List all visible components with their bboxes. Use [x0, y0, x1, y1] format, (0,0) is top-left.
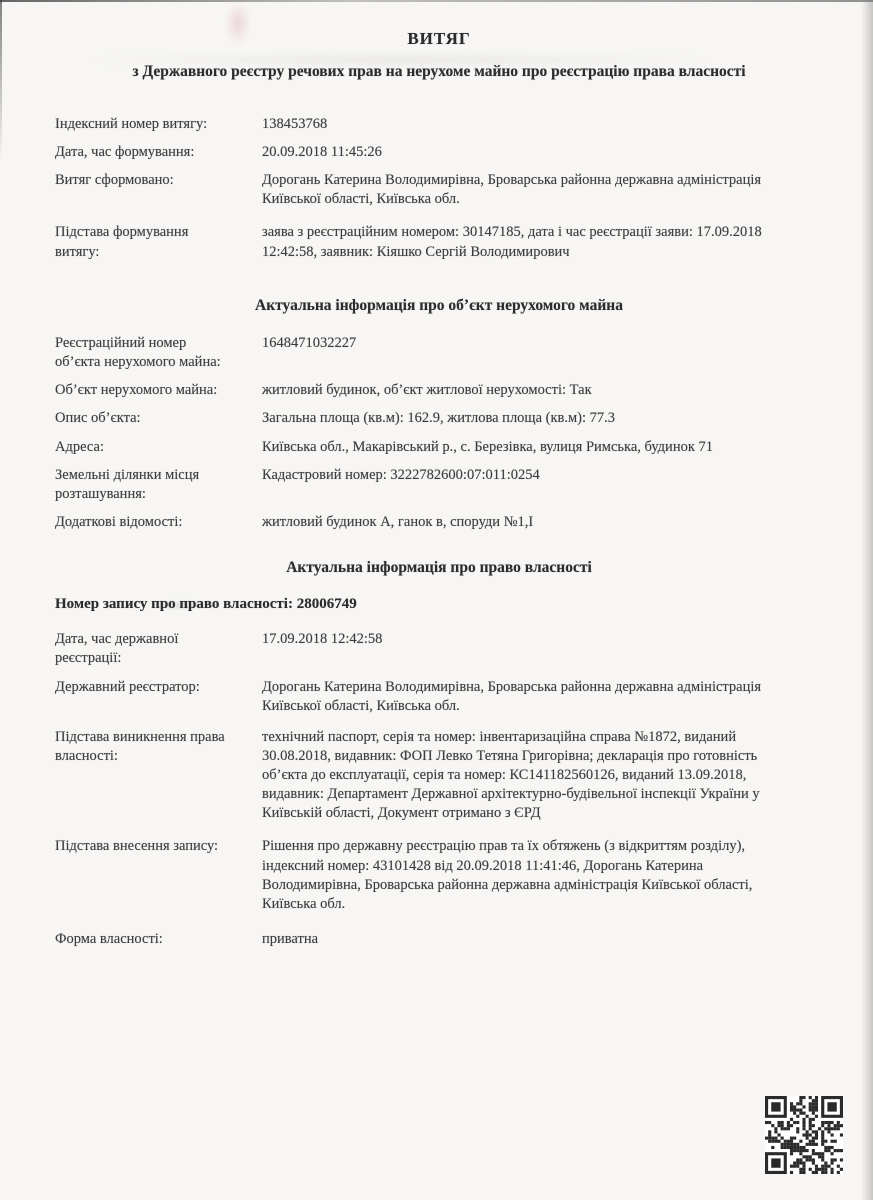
- table-row: Індексний номер витягу: 138453768: [55, 115, 823, 134]
- table-row: Підстава внесення запису: Рішення про де…: [55, 837, 823, 914]
- table-row: Державний реєстратор: Дорогань Катерина …: [55, 678, 823, 716]
- table-row: Додаткові відомості: житловий будинок А,…: [55, 513, 823, 532]
- field-value: житловий будинок, об’єкт житлової нерухо…: [262, 381, 592, 400]
- field-value: 20.09.2018 11:45:26: [262, 143, 382, 162]
- record-number-line: Номер запису про право власності: 280067…: [55, 595, 823, 615]
- field-label: Підстава внесення запису:: [55, 837, 262, 914]
- table-row: Дата, час державної реєстрації: 17.09.20…: [55, 630, 823, 668]
- section-header-property: Актуальна інформація про об’єкт нерухомо…: [55, 296, 823, 316]
- field-label: Форма власності:: [55, 930, 262, 949]
- field-label: Державний реєстратор:: [55, 678, 262, 716]
- field-label: Індексний номер витягу:: [55, 115, 262, 134]
- extract-info-block: Індексний номер витягу: 138453768 Дата, …: [55, 115, 823, 262]
- table-row: Форма власності: приватна: [55, 930, 823, 949]
- table-row: Опис об’єкта: Загальна площа (кв.м): 162…: [55, 409, 823, 428]
- field-label: Підстава виникнення права власності:: [55, 728, 262, 824]
- field-label: Дата, час формування:: [55, 143, 262, 162]
- document-page: ВИТЯГ з Державного реєстру речових прав …: [0, 0, 873, 1200]
- field-value: Дорогань Катерина Володимирівна, Броварс…: [262, 171, 797, 209]
- doc-title: ВИТЯГ: [55, 28, 823, 50]
- field-value: Рішення про державну реєстрацію прав та …: [262, 837, 797, 914]
- field-value: Кадастровий номер: 3222782600:07:011:025…: [262, 466, 540, 504]
- field-label: Дата, час державної реєстрації:: [55, 630, 262, 668]
- table-row: Витяг сформовано: Дорогань Катерина Воло…: [55, 171, 823, 209]
- field-value: житловий будинок А, ганок в, споруди №1,…: [262, 513, 533, 532]
- table-row: Підстава виникнення права власності: тех…: [55, 728, 823, 824]
- field-value: 138453768: [262, 115, 327, 134]
- table-row: Дата, час формування: 20.09.2018 11:45:2…: [55, 143, 823, 162]
- field-label: Додаткові відомості:: [55, 513, 262, 532]
- table-row: Реєстраційний номер об’єкта нерухомого м…: [55, 334, 823, 372]
- document-body: ВИТЯГ з Державного реєстру речових прав …: [0, 0, 873, 949]
- table-row: Земельні ділянки місця розташування: Кад…: [55, 466, 823, 504]
- field-label: Адреса:: [55, 438, 262, 457]
- field-value: 1648471032227: [262, 334, 356, 372]
- field-value: заява з реєстраційним номером: 30147185,…: [262, 223, 797, 261]
- field-value: 17.09.2018 12:42:58: [262, 630, 382, 668]
- table-row: Підстава формування витягу: заява з реєс…: [55, 223, 823, 261]
- field-label: Об’єкт нерухомого майна:: [55, 381, 262, 400]
- field-value: Київська обл., Макарівський р., с. Берез…: [262, 438, 713, 457]
- field-value: Дорогань Катерина Володимирівна, Броварс…: [262, 678, 797, 716]
- field-label: Реєстраційний номер об’єкта нерухомого м…: [55, 334, 262, 372]
- field-value: приватна: [262, 930, 318, 949]
- qr-code-icon: [765, 1096, 843, 1174]
- doc-subtitle: з Державного реєстру речових прав на нер…: [55, 62, 823, 82]
- field-label: Витяг сформовано:: [55, 171, 262, 209]
- field-label: Підстава формування витягу:: [55, 223, 262, 261]
- field-label: Опис об’єкта:: [55, 409, 262, 428]
- table-row: Адреса: Київська обл., Макарівський р., …: [55, 438, 823, 457]
- field-value: технічний паспорт, серія та номер: інвен…: [262, 728, 797, 824]
- field-label: Земельні ділянки місця розташування:: [55, 466, 262, 504]
- section-header-ownership: Актуальна інформація про право власності: [55, 558, 823, 578]
- field-value: Загальна площа (кв.м): 162.9, житлова пл…: [262, 409, 615, 428]
- ownership-section-block: Дата, час державної реєстрації: 17.09.20…: [55, 630, 823, 949]
- property-section-block: Реєстраційний номер об’єкта нерухомого м…: [55, 334, 823, 532]
- table-row: Об’єкт нерухомого майна: житловий будино…: [55, 381, 823, 400]
